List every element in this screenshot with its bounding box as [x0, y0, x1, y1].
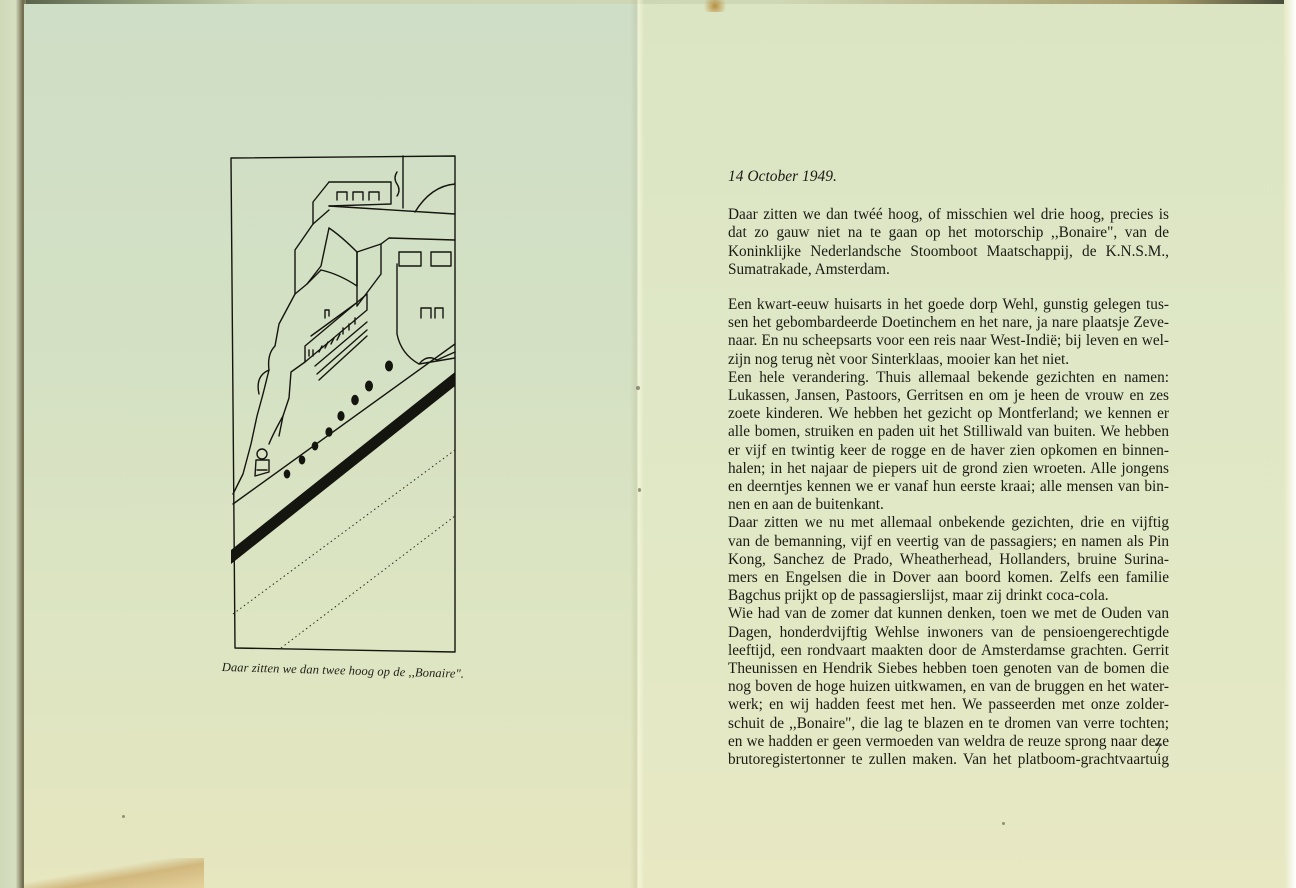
- text-line: Kong, Sanchez de Prado, Wheatherhead, Ho…: [728, 551, 1169, 569]
- book-cover-edge: [0, 0, 26, 888]
- page-body-text: 14 October 1949. Daar zitten we dan twéé…: [728, 168, 1169, 769]
- text-line: dat zo gauw niet na te gaan op het motor…: [728, 224, 1169, 242]
- text-line: zoete kinderen. We hebben het gezicht op…: [728, 405, 1169, 423]
- text-line: nen en aan de buitenkant.: [728, 496, 1169, 514]
- paragraph-4: Daar zitten we nu met allemaal onbekende…: [728, 514, 1169, 605]
- paragraph-1: Daar zitten we dan twéé hoog, of misschi…: [728, 206, 1169, 279]
- text-line: alle bomen, struiken en paden uit het St…: [728, 423, 1169, 441]
- ship-illustration: [229, 154, 457, 654]
- text-line: brutoregistertonner te zullen maken. Van…: [728, 751, 1169, 769]
- text-line: Wie had van de zomer dat kunnen denken, …: [728, 605, 1169, 623]
- text-line: werk; en wij hadden feest met hen. We pa…: [728, 696, 1169, 714]
- text-line: Koninklijke Nederlandsche Stoomboot Maat…: [728, 243, 1169, 261]
- entry-date: 14 October 1949.: [728, 168, 1169, 186]
- book-gutter: [630, 0, 644, 888]
- paragraph-2: Een kwart-eeuw huisarts in het goede dor…: [728, 296, 1169, 369]
- paper-speck: [122, 815, 125, 818]
- text-line: Bagchus prijkt op de passagierslijst, ma…: [728, 587, 1169, 605]
- text-line: naar. En nu scheepsarts voor een reis na…: [728, 332, 1169, 350]
- ship-drawing-icon: [229, 154, 457, 654]
- text-line: en deerntjes kennen we er vanaf hun eers…: [728, 478, 1169, 496]
- text-line: van de bemanning, vijf en veertig van de…: [728, 533, 1169, 551]
- text-line: er vijf en twintig keer de rogge en de h…: [728, 442, 1169, 460]
- paragraph-5: Wie had van de zomer dat kunnen denken, …: [728, 605, 1169, 769]
- text-line: Een kwart-eeuw huisarts in het goede dor…: [728, 296, 1169, 314]
- text-line: nog boven de hoge huizen uitkwamen, en v…: [728, 678, 1169, 696]
- text-line: Daar zitten we dan twéé hoog, of misschi…: [728, 206, 1169, 224]
- text-line: en we hadden er geen vermoeden van weldr…: [728, 733, 1169, 751]
- text-line: Lukassen, Jansen, Pastoors, Gerritsen en…: [728, 387, 1169, 405]
- text-line: Een hele verandering. Thuis allemaal bek…: [728, 369, 1169, 387]
- text-line: Theunissen en Hendrik Siebes hebben toen…: [728, 660, 1169, 678]
- text-line: sen het gebombardeerde Doetinchem en het…: [728, 314, 1169, 332]
- paragraph-3: Een hele verandering. Thuis allemaal bek…: [728, 369, 1169, 515]
- paper-speck: [1002, 822, 1005, 825]
- page-number: 7: [1154, 741, 1162, 758]
- page-right-edge: [1284, 0, 1296, 888]
- text-line: Dagen, honderdvijftig Wehlse inwoners va…: [728, 624, 1169, 642]
- text-line: schuit de ,,Bonaire", die lag te blazen …: [728, 715, 1169, 733]
- text-line: leeftijd, een rondvaart maakten door de …: [728, 642, 1169, 660]
- paragraph-gap: [728, 279, 1169, 296]
- text-line: Sumatrakade, Amsterdam.: [728, 261, 1169, 279]
- text-line: zijn nog terug nèt voor Sinterklaas, moo…: [728, 351, 1169, 369]
- text-line: mers en Engelsen die in Dover aan boord …: [728, 569, 1169, 587]
- text-line: Daar zitten we nu met allemaal onbekende…: [728, 514, 1169, 532]
- paper-stain: [700, 0, 730, 12]
- text-line: halen; in het najaar de piepers uit de g…: [728, 460, 1169, 478]
- paper-stain: [24, 858, 204, 888]
- gutter-stitch-mark: [636, 386, 640, 390]
- gutter-stitch-mark: [638, 488, 641, 492]
